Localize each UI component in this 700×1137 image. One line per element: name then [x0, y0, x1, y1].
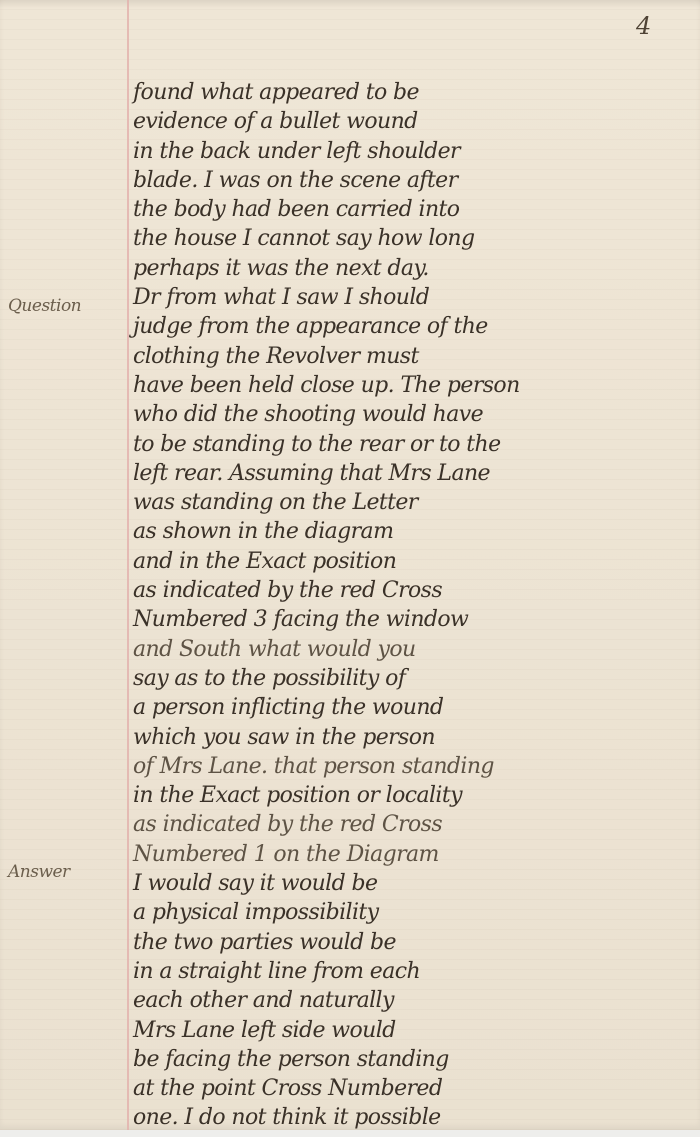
text-line: and in the Exact position: [133, 547, 698, 576]
text-line: in the back under left shoulder: [133, 137, 698, 166]
page-edge-shadow: [0, 0, 700, 8]
text-line: and South what would you: [133, 635, 698, 664]
text-line: one. I do not think it possible: [133, 1103, 698, 1132]
text-line: perhaps it was the next day.: [133, 254, 698, 283]
text-line: have been held close up. The person: [133, 371, 698, 400]
text-line: blade. I was on the scene after: [133, 166, 698, 195]
text-line: as shown in the diagram: [133, 517, 698, 546]
page-number: 4: [636, 12, 651, 40]
text-line: which you saw in the person: [133, 723, 698, 752]
text-line: was standing on the Letter: [133, 488, 698, 517]
text-line: each other and naturally: [133, 986, 698, 1015]
margin-label-question: Question: [8, 296, 81, 316]
text-line: clothing the Revolver must: [133, 342, 698, 371]
text-line: judge from the appearance of the: [133, 312, 698, 341]
text-line: the two parties would be: [133, 928, 698, 957]
text-line: at the point Cross Numbered: [133, 1074, 698, 1103]
text-line: who did the shooting would have: [133, 400, 698, 429]
text-line: a person inflicting the wound: [133, 693, 698, 722]
margin-label-answer: Answer: [8, 862, 70, 882]
text-line: left rear. Assuming that Mrs Lane: [133, 459, 698, 488]
text-line: Numbered 3 facing the window: [133, 605, 698, 634]
text-line: Mrs Lane left side would: [133, 1016, 698, 1045]
text-line: Numbered 1 on the Diagram: [133, 840, 698, 869]
handwritten-body: found what appeared to be evidence of a …: [133, 78, 698, 1133]
text-line: a physical impossibility: [133, 898, 698, 927]
text-line: as indicated by the red Cross: [133, 810, 698, 839]
text-line: be facing the person standing: [133, 1045, 698, 1074]
text-line: as indicated by the red Cross: [133, 576, 698, 605]
scan-bottom-edge: [0, 1130, 700, 1137]
text-line: in a straight line from each: [133, 957, 698, 986]
text-line: evidence of a bullet wound: [133, 107, 698, 136]
text-line: in the Exact position or locality: [133, 781, 698, 810]
text-line: found what appeared to be: [133, 78, 698, 107]
manuscript-page: 4 Question Answer found what appeared to…: [0, 0, 700, 1130]
text-line: of Mrs Lane. that person standing: [133, 752, 698, 781]
text-line: the house I cannot say how long: [133, 224, 698, 253]
text-line: to be standing to the rear or to the: [133, 430, 698, 459]
text-line: the body had been carried into: [133, 195, 698, 224]
margin-rule: [127, 0, 129, 1130]
text-line: Dr from what I saw I should: [133, 283, 698, 312]
text-line: I would say it would be: [133, 869, 698, 898]
text-line: say as to the possibility of: [133, 664, 698, 693]
